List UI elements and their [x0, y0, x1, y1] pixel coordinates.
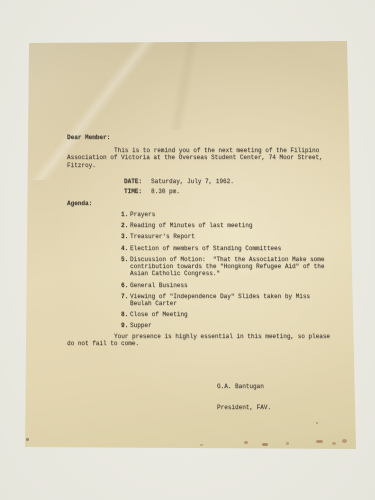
time-value: 8.30 pm. [151, 188, 180, 195]
agenda-item-number: 8. [121, 311, 130, 318]
foxing-stain [342, 439, 347, 443]
date-value: Saturday, July 7, 1962. [151, 178, 234, 185]
closing-paragraph: Your presence is highly essential in thi… [67, 333, 333, 348]
agenda-item-number: 9. [121, 322, 130, 329]
agenda-item-number: 5. [121, 256, 130, 278]
agenda-item: 5. Discussion of Motion: "That the Assoc… [121, 256, 331, 278]
date-label: DATE: [124, 178, 151, 185]
agenda-item: 9. Supper [121, 322, 331, 329]
agenda-item-number: 1. [121, 211, 130, 218]
signature-block: G.A. Bantugan President, FAV. [217, 368, 271, 426]
agenda-item-text: Election of members of Standing Committe… [130, 245, 281, 252]
agenda-item-number: 2. [121, 222, 130, 229]
foxing-stain [200, 444, 203, 446]
agenda-item-number: 3. [121, 233, 130, 240]
scan-backdrop: Dear Member: This is to remind you of th… [0, 0, 375, 500]
time-label: TIME: [124, 188, 151, 195]
time-row: TIME: 8.30 pm. [124, 188, 180, 195]
agenda-item: 7. Viewing of "Independence Day" Slides … [121, 293, 331, 308]
agenda-item-number: 7. [121, 293, 130, 308]
agenda-item-text: Reading of Minutes of last meeting [130, 222, 252, 229]
signature-title: President, FAV. [217, 404, 271, 411]
agenda-item: 3. Treasurer's Report [121, 233, 331, 240]
agenda-item: 2. Reading of Minutes of last meeting [121, 222, 331, 229]
agenda-item: 4. Election of members of Standing Commi… [121, 245, 331, 252]
agenda-item: 6. General Business [121, 282, 331, 289]
foxing-stain [26, 438, 29, 441]
agenda-item-text: Supper [130, 322, 152, 329]
agenda-item-text: Discussion of Motion: "That the Associat… [130, 256, 331, 278]
foxing-stain [332, 442, 336, 445]
agenda-item-text: Close of Meeting [130, 311, 188, 318]
letter-paper: Dear Member: This is to remind you of th… [24, 40, 357, 451]
agenda-item-number: 4. [121, 245, 130, 252]
agenda-heading: Agenda: [67, 200, 92, 207]
agenda-list: 1. Prayers 2. Reading of Minutes of last… [121, 211, 331, 330]
signature-name: G.A. Bantugan [217, 383, 271, 390]
agenda-item-text: Viewing of "Independence Day" Slides tak… [130, 293, 331, 308]
agenda-item: 1. Prayers [121, 211, 331, 218]
agenda-item-text: Treasurer's Report [130, 233, 195, 240]
foxing-stain [286, 442, 289, 445]
foxing-stain [316, 440, 323, 443]
paper-crease [64, 40, 304, 130]
agenda-item: 8. Close of Meeting [121, 311, 331, 318]
agenda-item-text: General Business [130, 282, 188, 289]
foxing-stain [244, 441, 248, 444]
salutation: Dear Member: [67, 134, 110, 141]
agenda-item-text: Prayers [130, 211, 155, 218]
agenda-item-number: 6. [121, 282, 130, 289]
foxing-stain [262, 443, 268, 446]
foxing-stain [316, 422, 318, 424]
intro-paragraph: This is to remind you of the next meetin… [67, 147, 333, 169]
date-row: DATE: Saturday, July 7, 1962. [124, 178, 234, 185]
